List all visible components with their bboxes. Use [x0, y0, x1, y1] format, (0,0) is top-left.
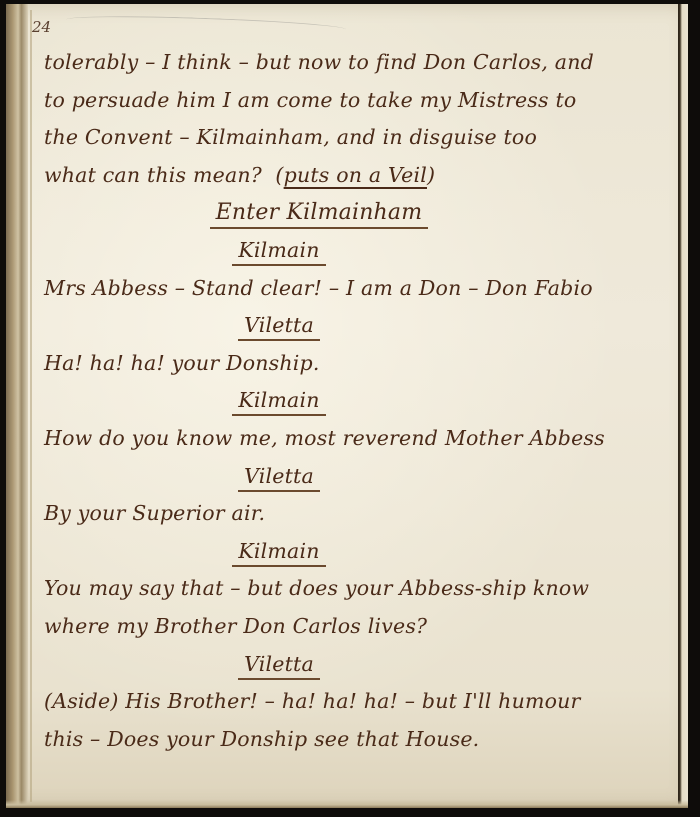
dialogue-line: what can this mean? (puts on a Veil) [44, 157, 654, 195]
speaker-name: Viletta [238, 313, 320, 341]
dialogue-line: You may say that – but does your Abbess-… [44, 570, 654, 608]
page-number: 24 [32, 18, 51, 36]
paren-open: ( [275, 163, 283, 187]
manuscript-page: 24 tolerably – I think – but now to find… [6, 4, 688, 808]
speaker-heading: Kilmain [44, 533, 654, 571]
speaker-heading: Kilmain [44, 232, 654, 270]
stage-entrance-text: Enter Kilmainham [210, 200, 429, 229]
speaker-name: Kilmain [232, 388, 325, 416]
speaker-heading: Kilmain [44, 382, 654, 420]
dialogue-line: (Aside) His Brother! – ha! ha! ha! – but… [44, 683, 654, 721]
dialogue-line: Mrs Abbess – Stand clear! – I am a Don –… [44, 270, 654, 308]
speaker-name: Viletta [238, 652, 320, 680]
stage-direction: puts on a Veil [284, 163, 427, 187]
dialogue-line: tolerably – I think – but now to find Do… [44, 44, 654, 82]
dialogue-line: to persuade him I am come to take my Mis… [44, 82, 654, 120]
stage-entrance: Enter Kilmainham [44, 194, 654, 232]
speaker-heading: Viletta [44, 307, 654, 345]
paren-close: ) [427, 163, 435, 187]
book-binding [6, 4, 28, 808]
page-edge [678, 4, 688, 808]
manuscript-text: tolerably – I think – but now to find Do… [44, 44, 654, 758]
speaker-name: Kilmain [232, 539, 325, 567]
speaker-heading: Viletta [44, 646, 654, 684]
gutter-line [30, 10, 32, 802]
dialogue-line: this – Does your Donship see that House. [44, 721, 654, 759]
dialogue-line: How do you know me, most reverend Mother… [44, 420, 654, 458]
dialogue-line: where my Brother Don Carlos lives? [44, 608, 654, 646]
speaker-name: Kilmain [232, 238, 325, 266]
speaker-name: Viletta [238, 464, 320, 492]
dialogue-line: Ha! ha! ha! your Donship. [44, 345, 654, 383]
dialogue-text: what can this mean? [44, 163, 262, 187]
speaker-heading: Viletta [44, 458, 654, 496]
dialogue-line: the Convent – Kilmainham, and in disguis… [44, 119, 654, 157]
dialogue-line: By your Superior air. [44, 495, 654, 533]
paper-crease [66, 13, 346, 36]
page-bottom-edge [6, 800, 688, 808]
